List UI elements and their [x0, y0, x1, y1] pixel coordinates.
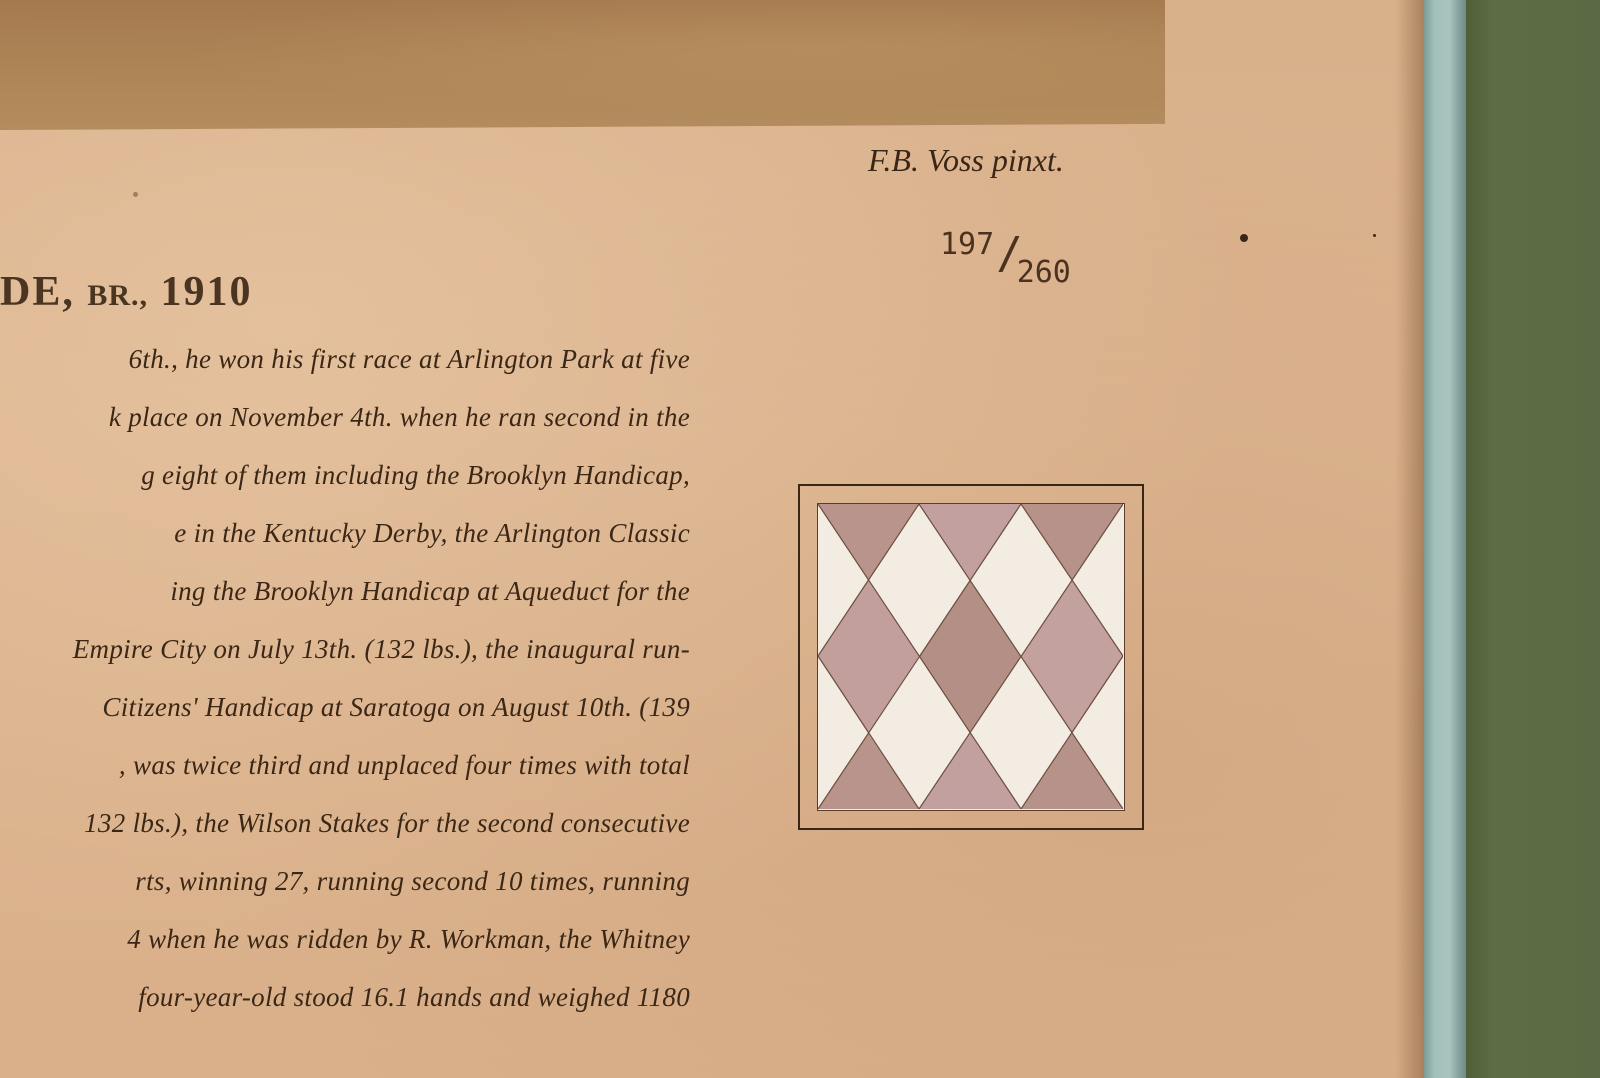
racing-silks-diamond-pattern [817, 503, 1125, 811]
title-name-fragment: DE, [0, 269, 75, 315]
paper-blemish [1240, 234, 1248, 242]
body-line: k place on November 4th. when he ran sec… [0, 388, 690, 446]
print-title: DE, BR., 1910 [0, 268, 253, 316]
print-paper: DE, BR., 1910 6th., he won his first rac… [0, 0, 1424, 1078]
harlequin-pattern-icon [818, 504, 1123, 809]
paper-blemish [133, 192, 138, 197]
plate-image-edge [0, 0, 1165, 130]
frame-molding [1424, 0, 1466, 1078]
body-line: 6th., he won his first race at Arlington… [0, 330, 690, 388]
body-line: rts, winning 27, running second 10 times… [0, 852, 690, 910]
title-year: 1910 [161, 269, 253, 315]
body-line: 4 when he was ridden by R. Workman, the … [0, 910, 690, 968]
artist-signature: F.B. Voss pinxt. [868, 142, 1064, 179]
racing-silks-box [798, 484, 1144, 830]
green-wall [1466, 0, 1600, 1078]
body-line: e in the Kentucky Derby, the Arlington C… [0, 504, 690, 562]
mat-shadow [1395, 0, 1425, 1078]
body-line: Citizens' Handicap at Saratoga on August… [0, 678, 690, 736]
body-line: ing the Brooklyn Handicap at Aqueduct fo… [0, 562, 690, 620]
paper-blemish [1373, 234, 1376, 237]
body-line: Empire City on July 13th. (132 lbs.), th… [0, 620, 690, 678]
print-body-text: 6th., he won his first race at Arlington… [0, 330, 690, 1026]
body-line: four-year-old stood 16.1 hands and weigh… [0, 968, 690, 1026]
edition-number: 197/260 [940, 220, 1071, 271]
title-abbrev: BR., [87, 279, 148, 312]
body-line: , was twice third and unplaced four time… [0, 736, 690, 794]
body-line: 132 lbs.), the Wilson Stakes for the sec… [0, 794, 690, 852]
edition-total-value: 260 [1017, 255, 1071, 290]
body-line: g eight of them including the Brooklyn H… [0, 446, 690, 504]
edition-number-value: 197 [940, 227, 994, 262]
